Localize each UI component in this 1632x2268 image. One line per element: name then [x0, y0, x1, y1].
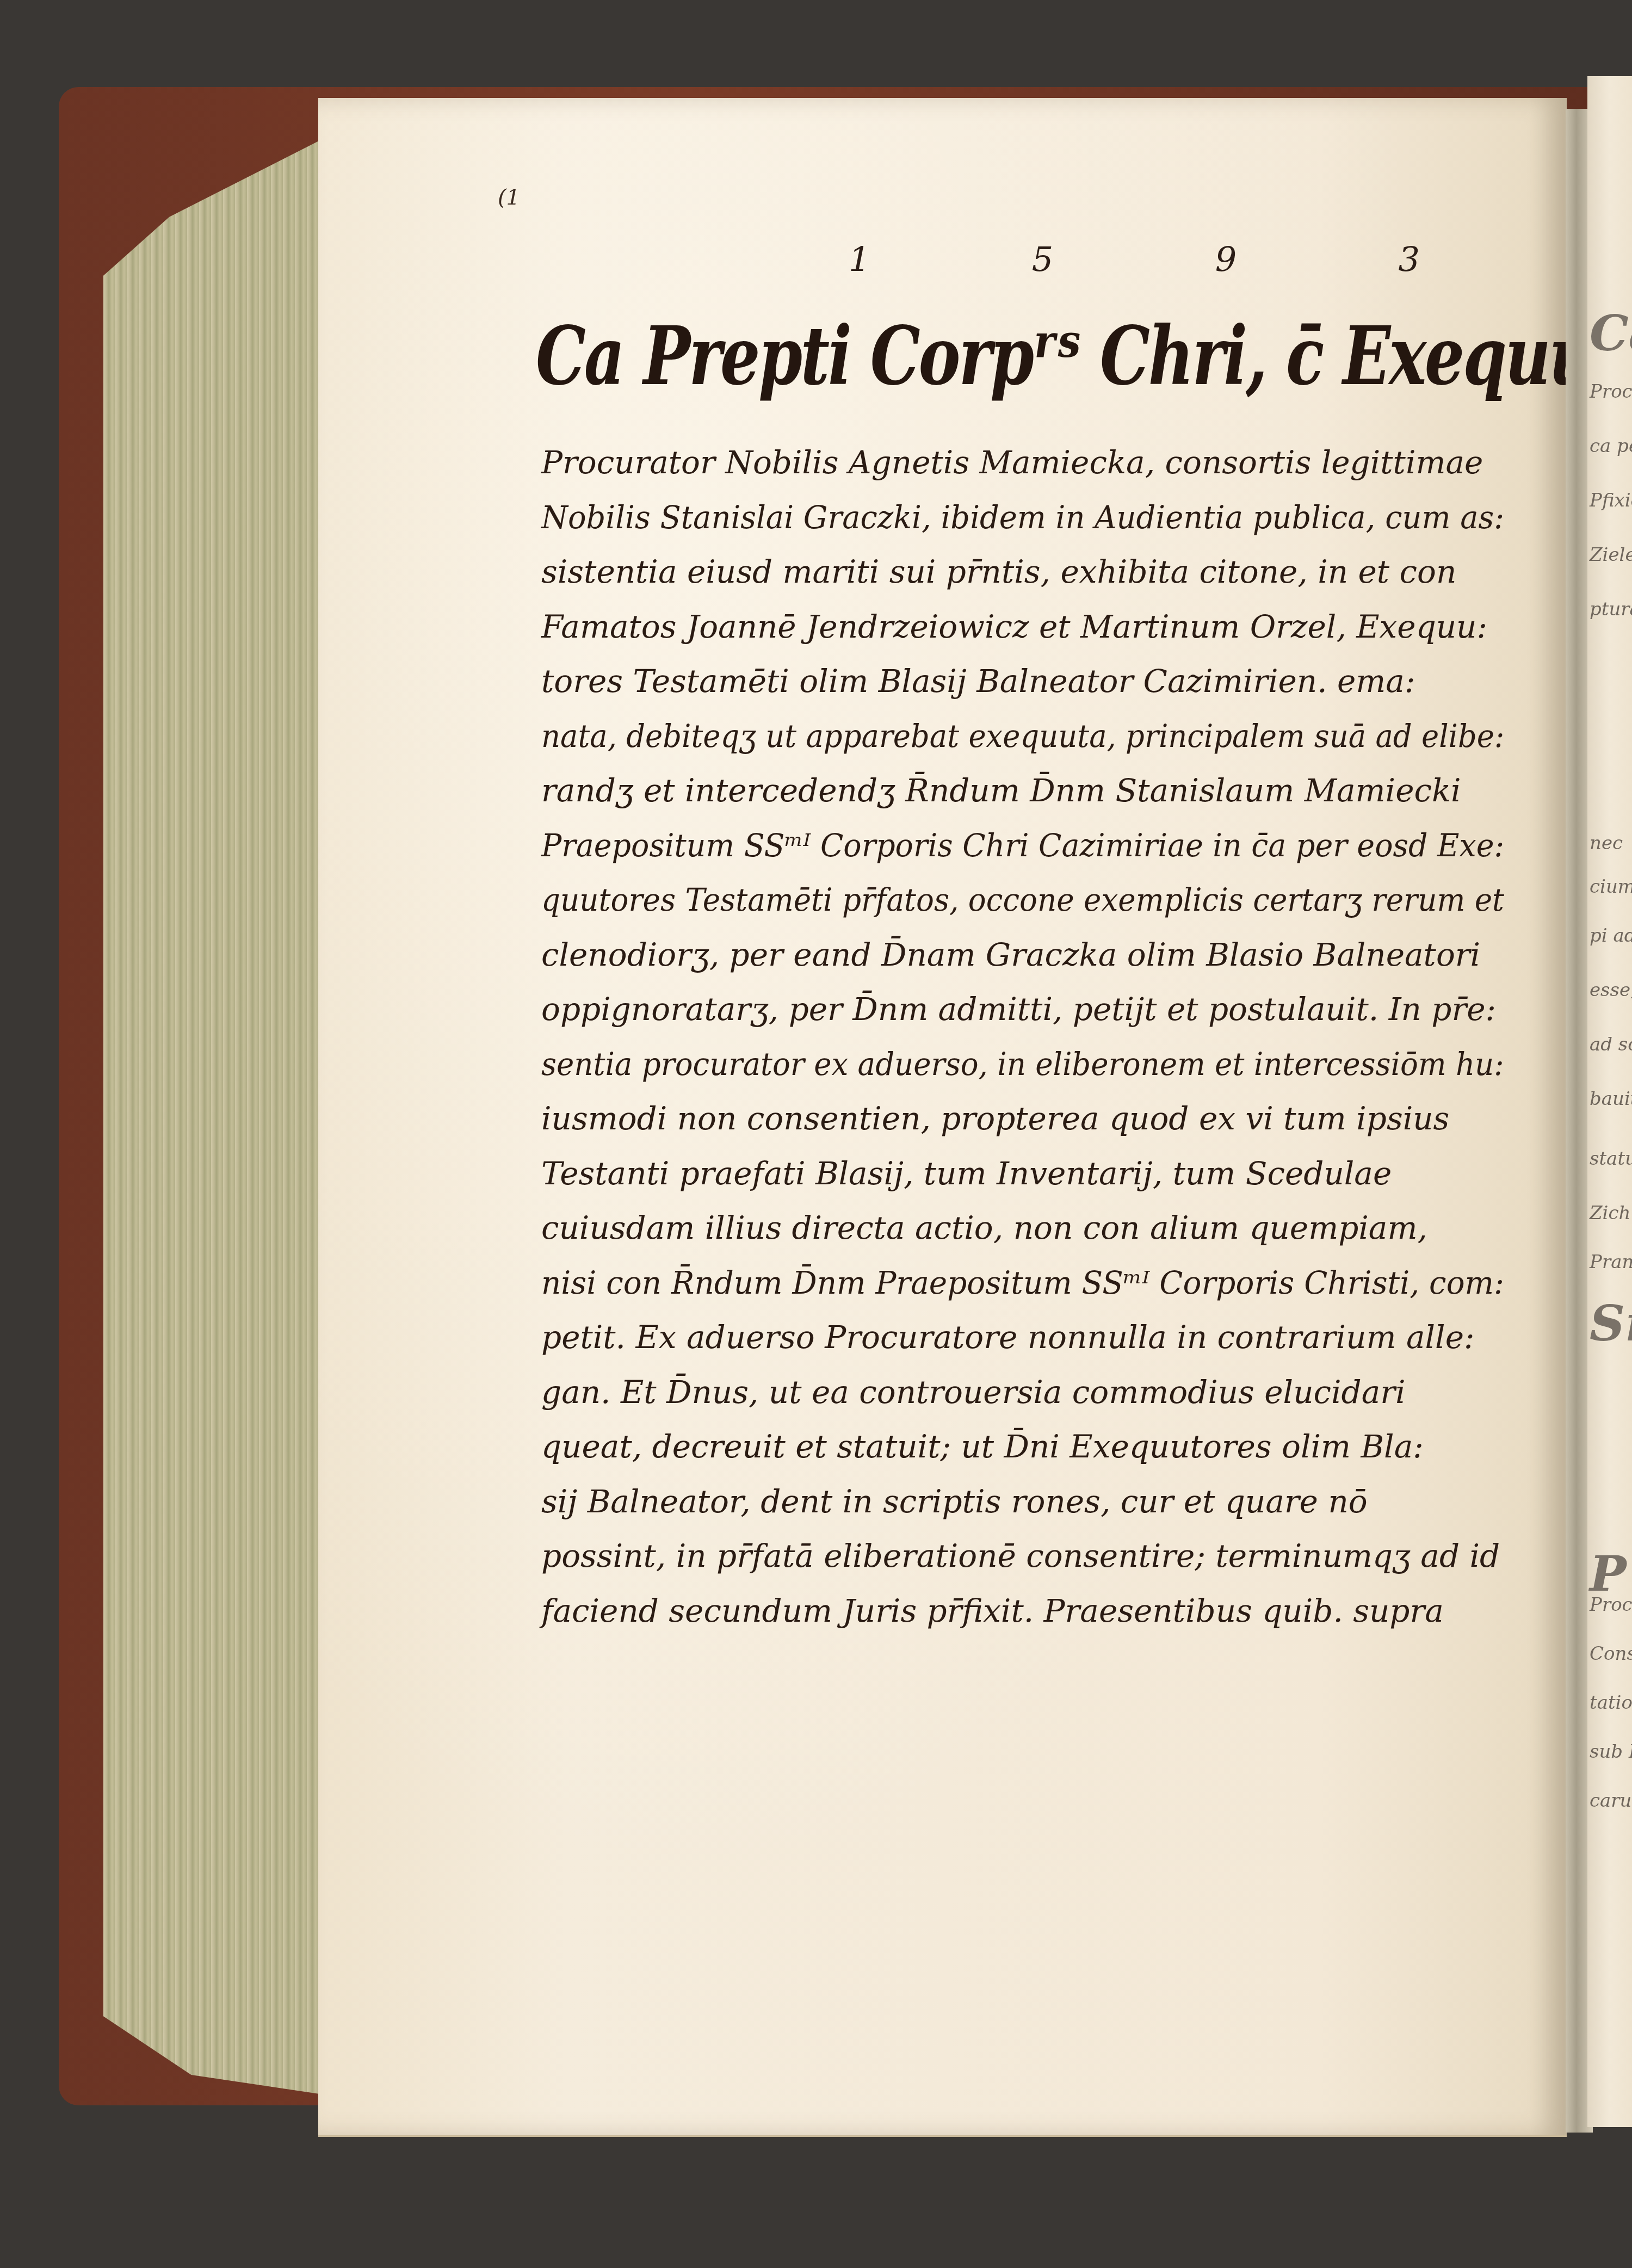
facing-text-line: nec: [1590, 832, 1623, 854]
text-line: sistentia eiusd mariti sui pr̄ntis, exhi…: [541, 545, 1504, 600]
facing-text-line: Prantu: [1590, 1251, 1632, 1273]
text-line: Praepositum SSᵐᴵ Corporis Chri Cazimiria…: [541, 818, 1461, 873]
facing-page-fragment: Ca Procurat ca perso Pfixion Zielen ptur…: [1587, 76, 1632, 2127]
facing-text-line: Zielen: [1590, 544, 1632, 566]
facing-text-line: sub Pu: [1590, 1741, 1632, 1763]
text-line: nisi con R̄ndum D̄nm Praepositum SSᵐᴵ Co…: [541, 1256, 1477, 1311]
text-line: cuiusdam illius directa actio, non con a…: [541, 1201, 1504, 1256]
text-line: quutores Testamēti pr̄fatos, occone exe…: [541, 873, 1450, 928]
facing-text-line: carum: [1590, 1790, 1632, 1812]
facing-text-line: statu: [1590, 1148, 1632, 1170]
text-line: iusmodi non consentien, propterea quod e…: [541, 1091, 1504, 1146]
manuscript-body: Procurator Nobilis Agnetis Mamiecka, con…: [541, 435, 1504, 1638]
facing-text-line: ptura: [1590, 598, 1632, 620]
year-digit: 9: [1215, 239, 1237, 279]
year-digit: 5: [1032, 239, 1053, 279]
text-line: clenodiorʒ, per eand D̄nam Graczka olim …: [541, 928, 1504, 982]
text-line: Nobilis Stanislai Graczki, ibidem in Aud…: [541, 490, 1469, 545]
facing-text-line: Procu: [1590, 1594, 1632, 1616]
text-line: Procurator Nobilis Agnetis Mamiecka, con…: [541, 435, 1504, 490]
text-line: nata, debiteqʒ ut apparebat exequuta, pr…: [541, 709, 1444, 764]
facing-text-line: ad solo: [1590, 1034, 1632, 1055]
text-line: tores Testamēti olim Blasij Balneator C…: [541, 654, 1504, 709]
text-line: randʒ et intercedendʒ R̄ndum D̄nm Stanis…: [541, 763, 1504, 818]
text-line: faciend secundum Juris pr̄fixit. Praesen…: [541, 1584, 1504, 1639]
facing-text-line: ca perso: [1590, 435, 1632, 457]
text-line: sij Balneator, dent in scriptis rones, c…: [541, 1474, 1504, 1529]
text-line: gan. Et D̄nus, ut ea controuersia commod…: [541, 1365, 1504, 1420]
facing-heading-initial: Ca: [1590, 305, 1632, 362]
text-line: sentia procurator ex aduerso, in elibero…: [541, 1037, 1448, 1092]
facing-text-line: Procurat: [1590, 381, 1632, 403]
text-line: Famatos Joannē Jendrzeiowicz et Martinu…: [541, 600, 1504, 654]
text-line: oppignoratarʒ, per D̄nm admitti, petijt …: [541, 982, 1504, 1037]
page-block-edges: [103, 139, 323, 2094]
year-digit: 1: [849, 239, 870, 279]
text-line: possint, in pr̄fatā eliberationē conse…: [541, 1529, 1504, 1584]
folio-mark: (1: [498, 185, 520, 210]
text-line: petit. Ex aduerso Procuratore nonnulla i…: [541, 1310, 1504, 1365]
facing-text-line: Snti: [1590, 1295, 1632, 1352]
facing-text-line: tatione: [1590, 1692, 1632, 1714]
facing-text-line: esse,: [1590, 979, 1632, 1001]
year-digit: 3: [1399, 239, 1420, 279]
year-header: 1 5 9 3: [849, 239, 1420, 279]
facing-text-line: Pfixion: [1590, 490, 1632, 511]
text-line: queat, decreuit et statuit; ut D̄ni Exeq…: [541, 1419, 1504, 1474]
facing-text-line: pi ad: [1590, 925, 1632, 947]
facing-text-line: Zich: [1590, 1202, 1630, 1224]
entry-heading: Ca Prepti Corpʳˢ Chri, c̄ Exequutʳᵘᵐ Bla…: [536, 316, 1342, 396]
facing-text-line: cium a: [1590, 876, 1632, 898]
text-line: Testanti praefati Blasij, tum Inventarij…: [541, 1146, 1504, 1201]
facing-text-line: bauit: [1590, 1088, 1632, 1110]
facing-text-line: Consul: [1590, 1643, 1632, 1665]
